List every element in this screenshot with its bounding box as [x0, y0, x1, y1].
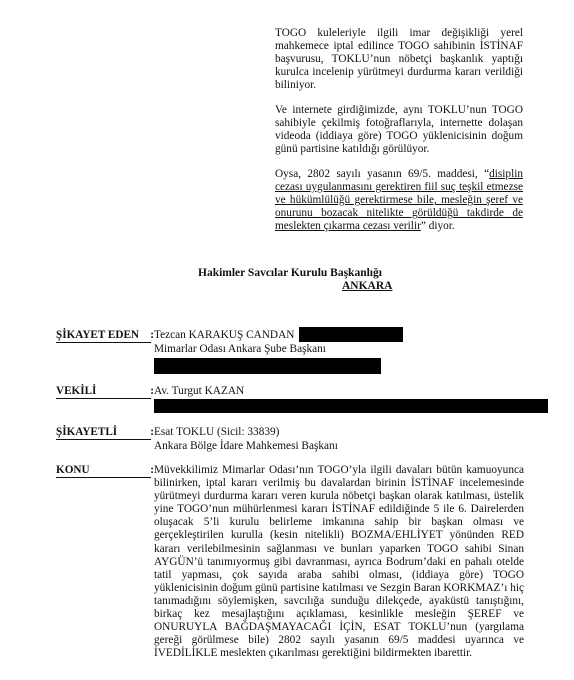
complainant-name: Tezcan KARAKUŞ CANDAN: [154, 329, 294, 342]
redaction-bar: [299, 327, 403, 342]
addressee-city: ANKARA: [342, 280, 392, 293]
law-intro-text: Oysa, 2802 sayılı yasanın 69/5. maddesi,…: [275, 168, 489, 180]
redaction-bar: [154, 399, 548, 413]
redaction-bar: [154, 358, 381, 374]
respondent-title: Ankara Bölge İdare Mahkemesi Başkanı: [154, 440, 338, 453]
respondent-label-text: ŞİKAYETLİ: [56, 426, 117, 438]
subject-text: Müvekkilimiz Mimarlar Odası’nın TOGO’yla…: [154, 464, 524, 660]
attorney-label: VEKİLİ :: [56, 385, 151, 399]
law-outro-text: ” diyor.: [421, 220, 455, 232]
subject-label: KONU :: [56, 464, 151, 478]
complainant-title: Mimarlar Odası Ankara Şube Başkanı: [154, 343, 326, 356]
addressee-institution: Hakimler Savcılar Kurulu Başkanlığı: [198, 267, 382, 280]
paragraph-internet-photos: Ve internete girdiğimizde, aynı TOKLU’nu…: [275, 104, 523, 156]
attorney-label-text: VEKİLİ: [56, 385, 96, 397]
complainant-label-text: ŞİKAYET EDEN: [56, 329, 139, 341]
respondent-name: Esat TOKLU (Sicil: 33839): [154, 426, 279, 439]
respondent-label: ŞİKAYETLİ :: [56, 426, 151, 440]
paragraph-law-2802: Oysa, 2802 sayılı yasanın 69/5. maddesi,…: [275, 168, 523, 233]
complainant-label: ŞİKAYET EDEN :: [56, 329, 151, 343]
subject-label-text: KONU: [56, 464, 90, 476]
paragraph-imar-istinaf: TOGO kuleleriyle ilgili imar değişikliği…: [275, 27, 523, 92]
attorney-name: Av. Turgut KAZAN: [154, 385, 244, 398]
